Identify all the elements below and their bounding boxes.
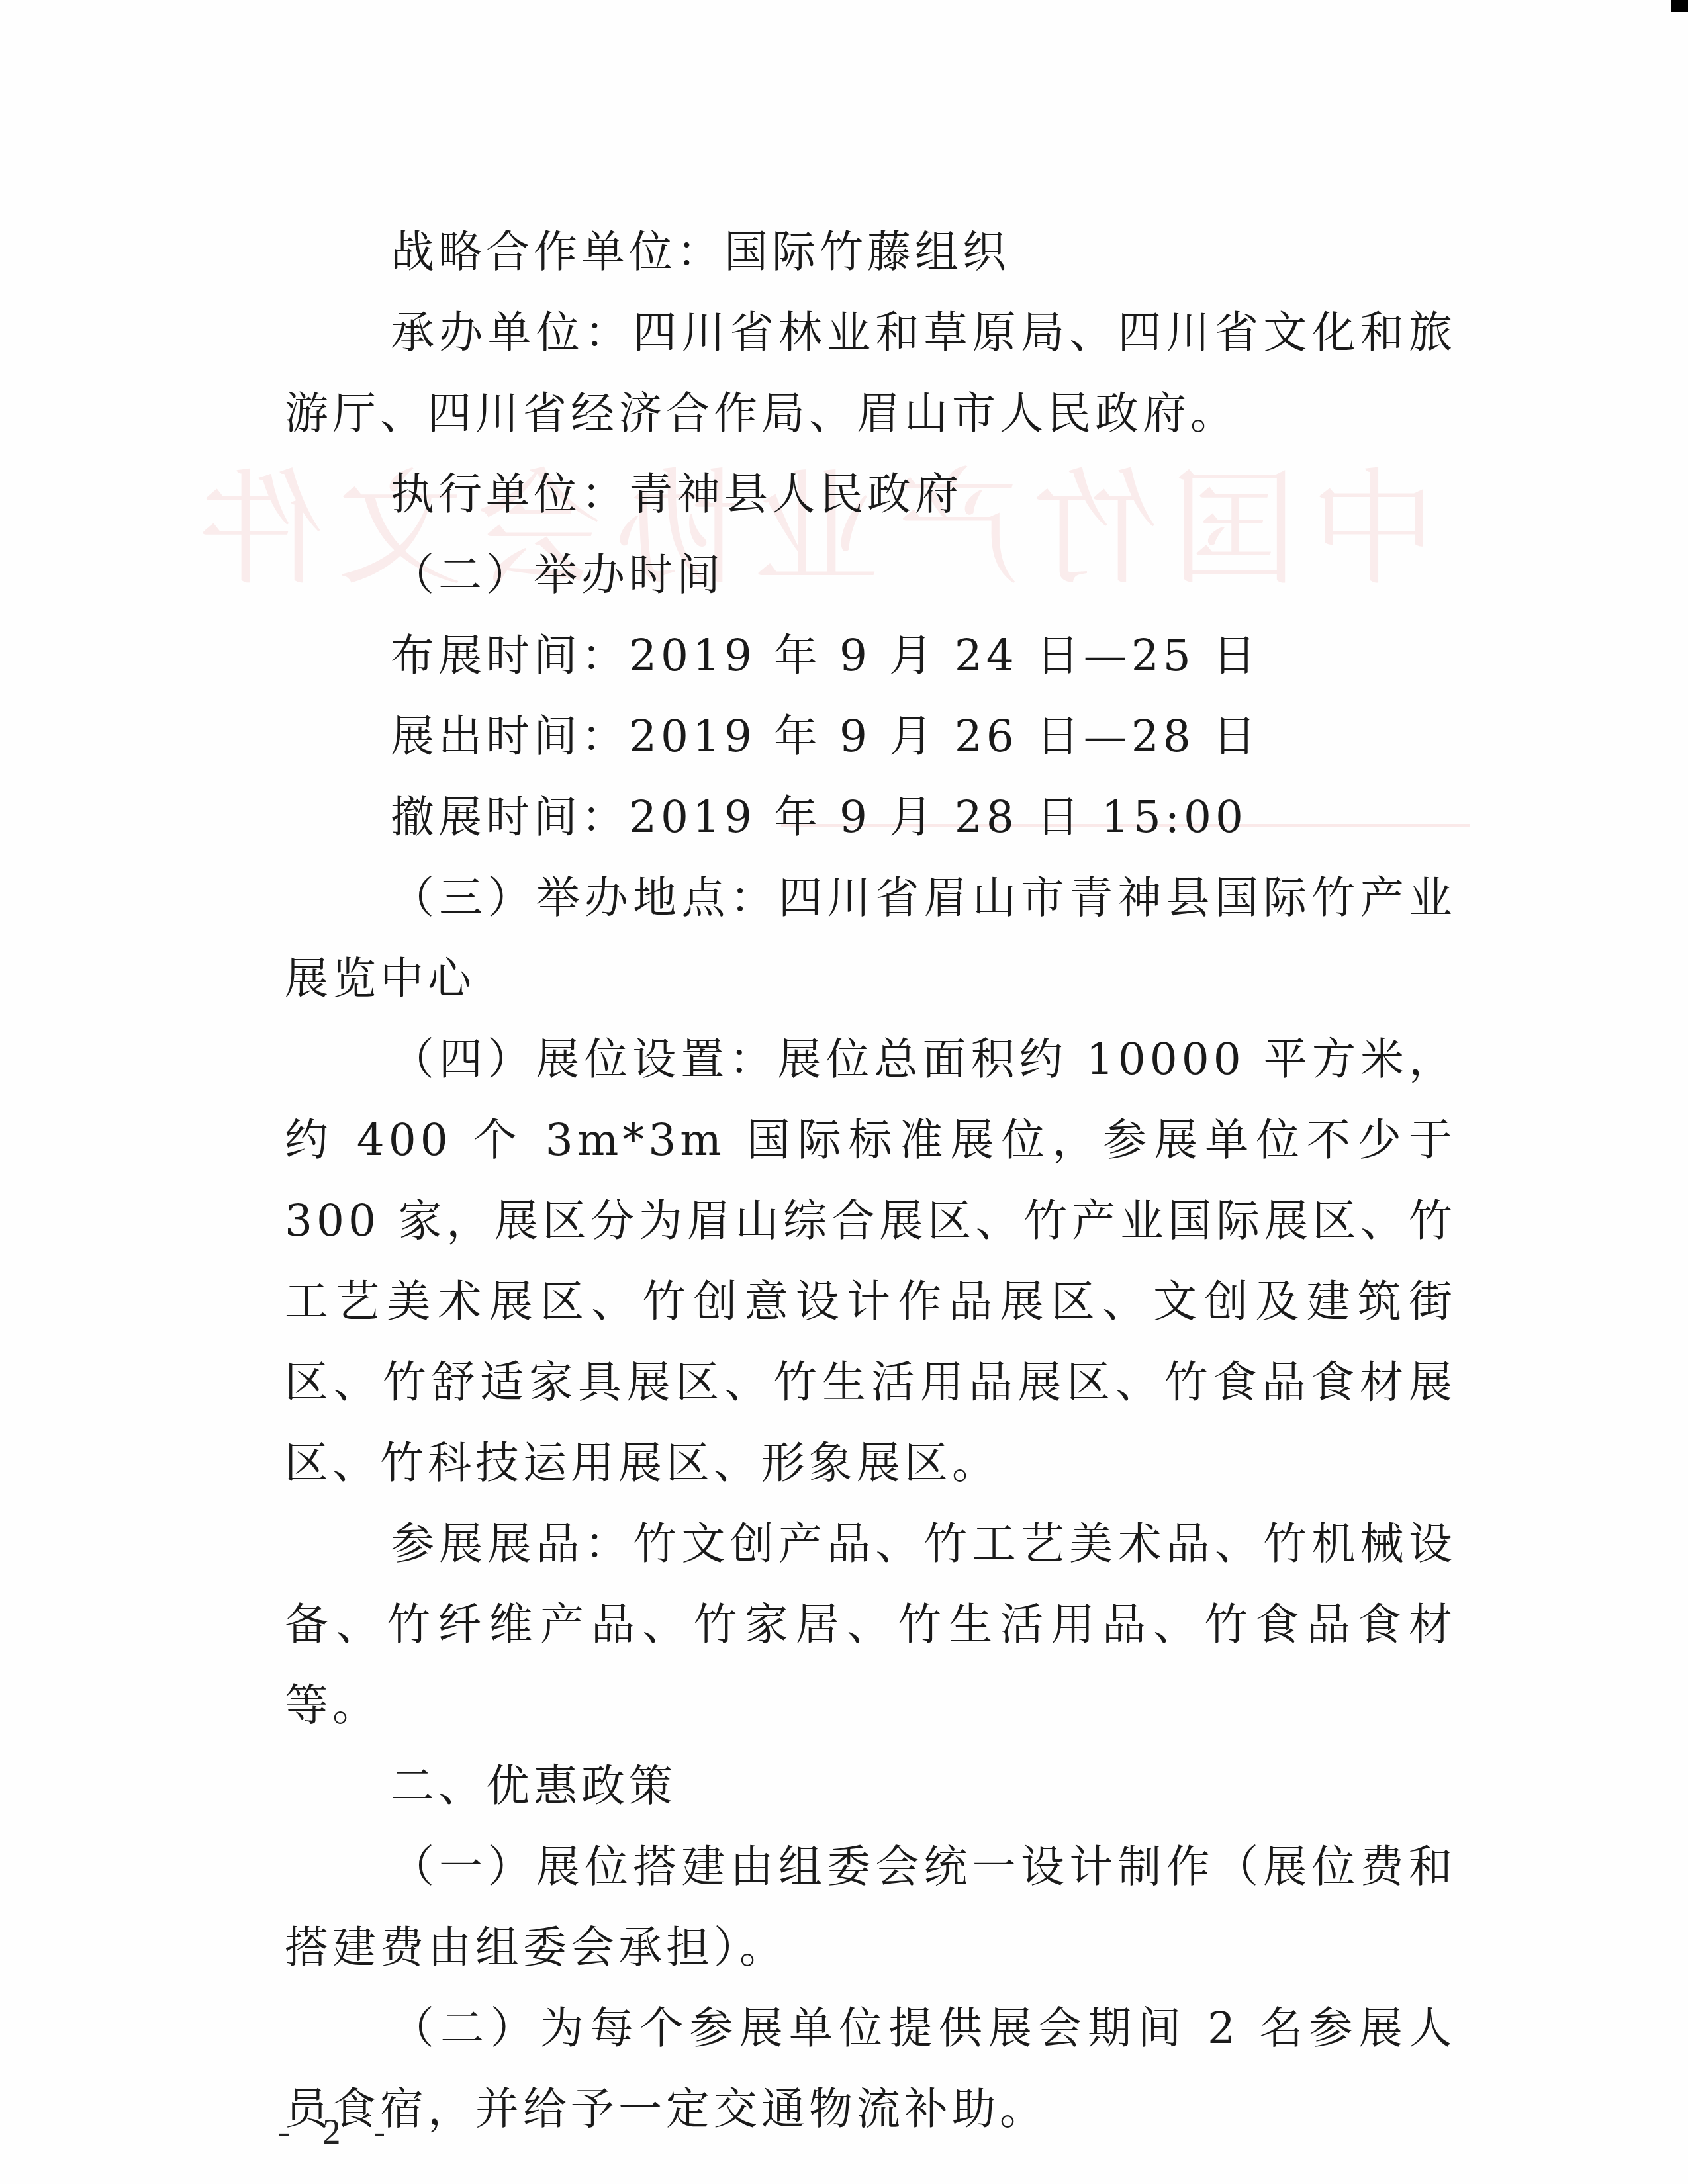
scan-edge-artifact xyxy=(1671,0,1688,12)
paragraph-booth-setup: （四）展位设置：展位总面积约 10000 平方米，约 400 个 3m*3m 国… xyxy=(285,1019,1456,1504)
paragraph-setup-time: 布展时间：2019 年 9 月 24 日—25 日 xyxy=(285,615,1456,696)
document-page: 中国竹产业协会文件 战略合作单位：国际竹藤组织 承办单位：四川省林业和草原局、四… xyxy=(0,0,1688,2184)
paragraph-venue: （三）举办地点：四川省眉山市青神县国际竹产业展览中心 xyxy=(285,858,1456,1019)
paragraph-policy-1: （一）展位搭建由组委会统一设计制作（展位费和搭建费由组委会承担）。 xyxy=(285,1827,1456,1988)
paragraph-teardown-time: 撤展时间：2019 年 9 月 28 日 15:00 xyxy=(285,777,1456,858)
paragraph-policy-2: （二）为每个参展单位提供展会期间 2 名参展人员食宿，并给予一定交通物流补助。 xyxy=(285,1988,1456,2150)
paragraph-exhibits: 参展展品：竹文创产品、竹工艺美术品、竹机械设备、竹纤维产品、竹家居、竹生活用品、… xyxy=(285,1504,1456,1746)
page-number: - 2 - xyxy=(278,2111,397,2152)
paragraph-organizer: 承办单位：四川省林业和草原局、四川省文化和旅游厅、四川省经济合作局、眉山市人民政… xyxy=(285,293,1456,454)
heading-preferential-policy: 二、优惠政策 xyxy=(285,1746,1456,1827)
paragraph-exhibit-time: 展出时间：2019 年 9 月 26 日—28 日 xyxy=(285,696,1456,777)
paragraph-executor: 执行单位：青神县人民政府 xyxy=(285,454,1456,535)
heading-event-time: （二）举办时间 xyxy=(285,535,1456,615)
paragraph-strategic-partner: 战略合作单位：国际竹藤组织 xyxy=(285,212,1456,293)
document-body: 战略合作单位：国际竹藤组织 承办单位：四川省林业和草原局、四川省文化和旅游厅、四… xyxy=(285,212,1456,2150)
